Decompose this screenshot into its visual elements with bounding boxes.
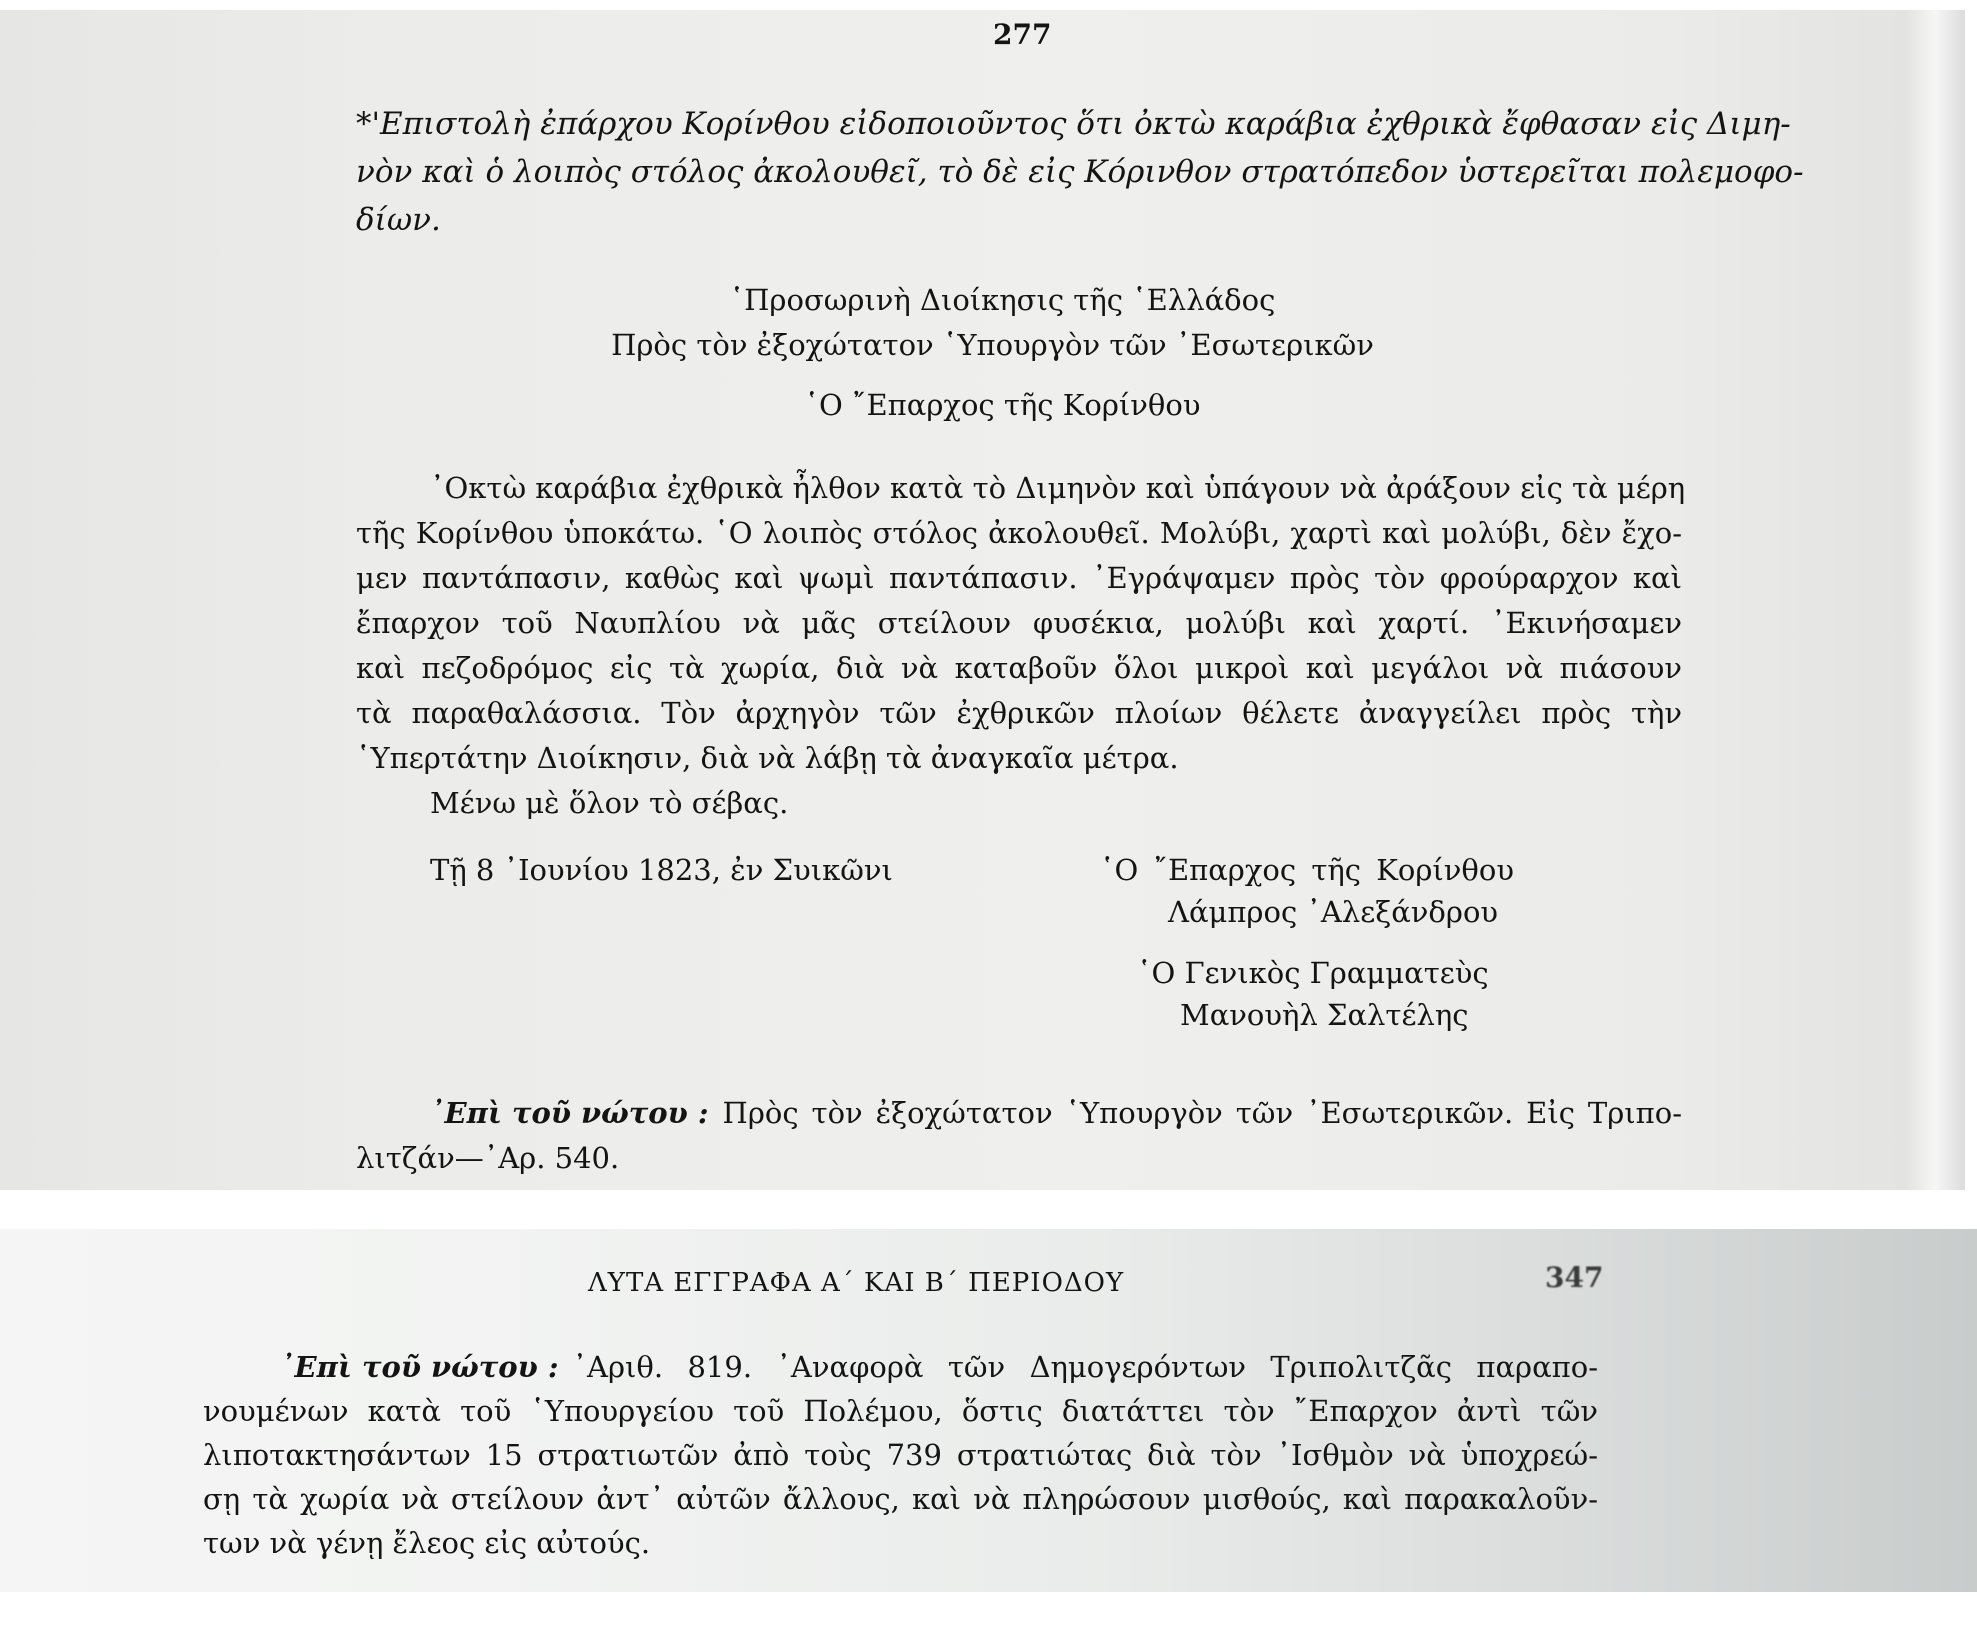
verso-note-line: λιποτακτησάντων 15 στρατιωτῶν ἀπὸ τοὺς 7…	[203, 1435, 1598, 1475]
header-line-sender: ῾Ο ῎Επαρχος τῆς Κορίνθου	[0, 385, 1965, 425]
scan-page-277: 277 *'Επιστολὴ ἐπάρχου Κορίνθου εἰδοποιο…	[0, 10, 1965, 1190]
scan-page-347: ΛΥΤΑ ΕΓΓΡΑΦΑ Α΄ ΚΑΙ Β΄ ΠΕΡΙΟΔΟΥ 347 ᾽Επὶ…	[0, 1229, 1977, 1592]
running-head: ΛΥΤΑ ΕΓΓΡΑΦΑ Α΄ ΚΑΙ Β΄ ΠΕΡΙΟΔΟΥ	[588, 1263, 1124, 1303]
verso-note-line: των νὰ γένῃ ἔλεος εἰς αὐτούς.	[203, 1523, 650, 1563]
summary-line: νὸν καὶ ὁ λοιπὸς στόλος ἀκολουθεῖ, τὸ δὲ…	[356, 150, 1682, 194]
verso-text: ᾽Αριθ. 819. ᾽Αναφορὰ τῶν Δημογερόντων Τρ…	[573, 1347, 1598, 1387]
summary-line: *'Επιστολὴ ἐπάρχου Κορίνθου εἰδοποιοῦντο…	[356, 102, 1682, 146]
verso-label: ᾽Επὶ τοῦ νώτου :	[430, 1093, 709, 1133]
header-line-recipient: Πρὸς τὸν ἐξοχώτατον ῾Υπουργὸν τῶν ᾽Εσωτε…	[0, 325, 1965, 365]
body-line: ἔπαρχον τοῦ Ναυπλίου νὰ μᾶς στείλουν φυσ…	[356, 603, 1682, 643]
verso-note-line: σῃ τὰ χωρία νὰ στείλουν ἀντ᾽ αὐτῶν ἄλλου…	[203, 1479, 1598, 1519]
verso-note-line: ᾽Επὶ τοῦ νώτου : ᾽Αριθ. 819. ᾽Αναφορὰ τῶ…	[280, 1347, 1598, 1387]
verso-note-line: ᾽Επὶ τοῦ νώτου : Πρὸς τὸν ἐξοχώτατον ῾Υπ…	[430, 1093, 1682, 1133]
signature-name: Μανουὴλ Σαλτέλης	[1180, 995, 1469, 1035]
verso-text: Πρὸς τὸν ἐξοχώτατον ῾Υπουργὸν τῶν ᾽Εσωτε…	[723, 1093, 1682, 1133]
verso-note-line: νουμένων κατὰ τοῦ ῾Υπουργείου τοῦ Πολέμο…	[203, 1391, 1598, 1431]
body-line: ῾Υπερτάτην Διοίκησιν, διὰ νὰ λάβῃ τὰ ἀνα…	[356, 738, 1179, 778]
page-number: 347	[1545, 1261, 1603, 1294]
header-line-government: ῾Προσωρινὴ Διοίκησις τῆς ῾Ελλάδος	[0, 280, 1965, 320]
body-line: καὶ πεζοδρόμος εἰς τὰ χωρία, διὰ νὰ κατα…	[356, 648, 1682, 688]
signature-title: ῾Ο Γενικὸς Γραμματεὺς	[1137, 953, 1489, 993]
closing-line: Μένω μὲ ὅλον τὸ σέβας.	[430, 783, 788, 823]
verso-note-line: λιτζάν—᾽Αρ. 540.	[356, 1138, 619, 1178]
body-line: ᾽Οκτὼ καράβια ἐχθρικὰ ἦλθον κατὰ τὸ Διμη…	[430, 468, 1682, 508]
page-number: 277	[993, 18, 1051, 51]
body-line: τῆς Κορίνθου ὑποκάτω. ῾Ο λοιπὸς στόλος ἀ…	[356, 513, 1682, 553]
body-line: τὰ παραθαλάσσια. Τὸν ἀρχηγὸν τῶν ἐχθρικῶ…	[356, 693, 1682, 733]
body-line: μεν παντάπασιν, καθὼς καὶ ψωμὶ παντάπασι…	[356, 558, 1682, 598]
date-place: Τῇ 8 ᾽Ιουνίου 1823, ἐν Συικῶνι	[430, 850, 893, 890]
summary-line: δίων.	[356, 198, 441, 242]
signature-title: ῾Ο ῎Επαρχος τῆς Κορίνθου	[1100, 850, 1514, 890]
verso-label: ᾽Επὶ τοῦ νώτου :	[280, 1347, 559, 1387]
signature-name: Λάμπρος ᾽Αλεξάνδρου	[1168, 892, 1498, 932]
